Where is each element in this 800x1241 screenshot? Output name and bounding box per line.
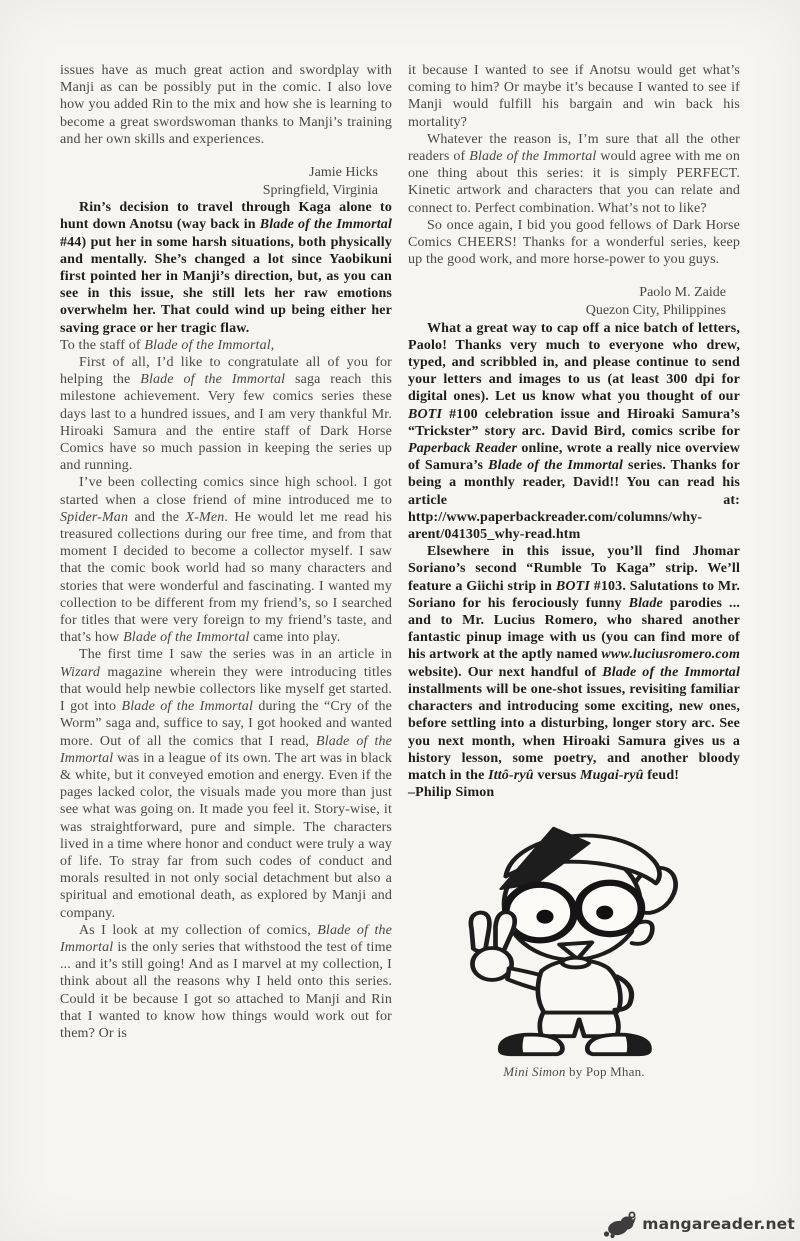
text-run: , <box>271 338 275 353</box>
italic-text: Blade of the Immortal <box>123 630 249 645</box>
text-run: To the staff of <box>60 338 144 353</box>
italic-text: Blade of the Immortal <box>144 338 270 353</box>
italic-text: Wizard <box>60 665 100 680</box>
italic-text: Blade of the Immortal <box>469 149 596 164</box>
italic-text: Blade of the Immortal <box>602 665 740 680</box>
text-run: So once again, I bid you good fellows of… <box>408 218 740 267</box>
text-run: What a great way to cap off a nice batch… <box>408 321 740 405</box>
text-run: . He would let me read his treasured col… <box>60 510 392 645</box>
mini-simon-illustration <box>446 807 702 1057</box>
author-credit: –Philip Simon <box>408 784 740 801</box>
watermark: mangareader.net <box>603 1210 795 1238</box>
italic-text: BOTI <box>556 579 590 594</box>
reply-paragraph: What a great way to cap off a nice batch… <box>408 320 740 544</box>
reply-paragraph: Elsewhere in this issue, you’ll find Jho… <box>408 543 740 784</box>
letter-paragraph: I’ve been collecting comics since high s… <box>60 474 392 646</box>
italic-text: Paperback Reader <box>408 441 517 456</box>
text-run: –Philip Simon <box>408 785 494 800</box>
letter-paragraph: As I look at my collection of comics, Bl… <box>60 922 392 1042</box>
illustration-caption: Mini Simon by Pop Mhan. <box>408 1064 740 1079</box>
signature: Paolo M. ZaideQuezon City, Philippines <box>408 284 740 319</box>
letter-paragraph: it because I wanted to see if Anotsu wou… <box>408 62 740 131</box>
letter-paragraph: First of all, I’d like to congratulate a… <box>60 354 392 474</box>
text-run: issues have as much great action and swo… <box>60 63 392 147</box>
italic-text: BOTI <box>408 407 442 422</box>
text-run: feud! <box>644 768 680 783</box>
letter-paragraph: So once again, I bid you good fellows of… <box>408 217 740 269</box>
text-run: I’ve been collecting comics since high s… <box>60 475 392 507</box>
italic-text: X-Men <box>186 510 225 525</box>
signature-line: Paolo M. Zaide <box>408 284 726 302</box>
italic-text: Blade <box>629 596 663 611</box>
letter-paragraph: issues have as much great action and swo… <box>60 62 392 148</box>
text-run: came into play. <box>250 630 341 645</box>
italic-text: Ittô-ryû <box>488 768 534 783</box>
right-column: it because I wanted to see if Anotsu wou… <box>408 62 740 1079</box>
signature-line: Jamie Hicks <box>60 164 378 182</box>
text-run: #100 celebration issue and Hiroaki Samur… <box>408 407 740 439</box>
illustration-block: Mini Simon by Pop Mhan. <box>408 807 740 1079</box>
italic-text: Blade of the Immortal <box>122 699 253 714</box>
reply-paragraph: Rin’s decision to travel through Kaga al… <box>60 199 392 337</box>
text-run: it because I wanted to see if Anotsu wou… <box>408 63 740 130</box>
text-run: was in a league of its own. The art was … <box>60 751 392 921</box>
text-run: The first time I saw the series was in a… <box>79 647 392 662</box>
text-run: versus <box>534 768 580 783</box>
signature: Jamie HicksSpringfield, Virginia <box>60 164 392 199</box>
left-column: issues have as much great action and swo… <box>60 62 392 1079</box>
text-run: saga reach this milestone achievement. V… <box>60 372 392 473</box>
caption-title: Mini Simon <box>503 1064 565 1079</box>
italic-text: Spider-Man <box>60 510 128 525</box>
signature-line: Springfield, Virginia <box>60 182 378 200</box>
italic-text: www.luciusromero.com <box>601 647 740 662</box>
signature-line: Quezon City, Philippines <box>408 302 726 320</box>
letter-paragraph: Whatever the reason is, I’m sure that al… <box>408 131 740 217</box>
italic-text: Mugai-ryû <box>580 768 644 783</box>
salutation: To the staff of Blade of the Immortal, <box>60 337 392 354</box>
text-run: website). Our next handful of <box>408 665 602 680</box>
italic-text: Blade of the Immortal <box>488 458 623 473</box>
text-run: is the only series that withstood the te… <box>60 940 392 1041</box>
mangareader-logo-icon <box>603 1210 639 1238</box>
text-run: and the <box>128 510 185 525</box>
italic-text: Blade of the Immortal <box>140 372 285 387</box>
text-run: #44) put her in some harsh situations, b… <box>60 235 392 336</box>
letter-paragraph: The first time I saw the series was in a… <box>60 646 392 921</box>
text-columns: issues have as much great action and swo… <box>60 62 740 1079</box>
italic-text: Blade of the Immortal <box>260 217 392 232</box>
letters-page: issues have as much great action and swo… <box>0 0 800 1241</box>
text-run: As I look at my collection of comics, <box>79 923 317 938</box>
caption-credit: by Pop Mhan. <box>566 1064 645 1079</box>
watermark-label: mangareader.net <box>642 1215 795 1233</box>
